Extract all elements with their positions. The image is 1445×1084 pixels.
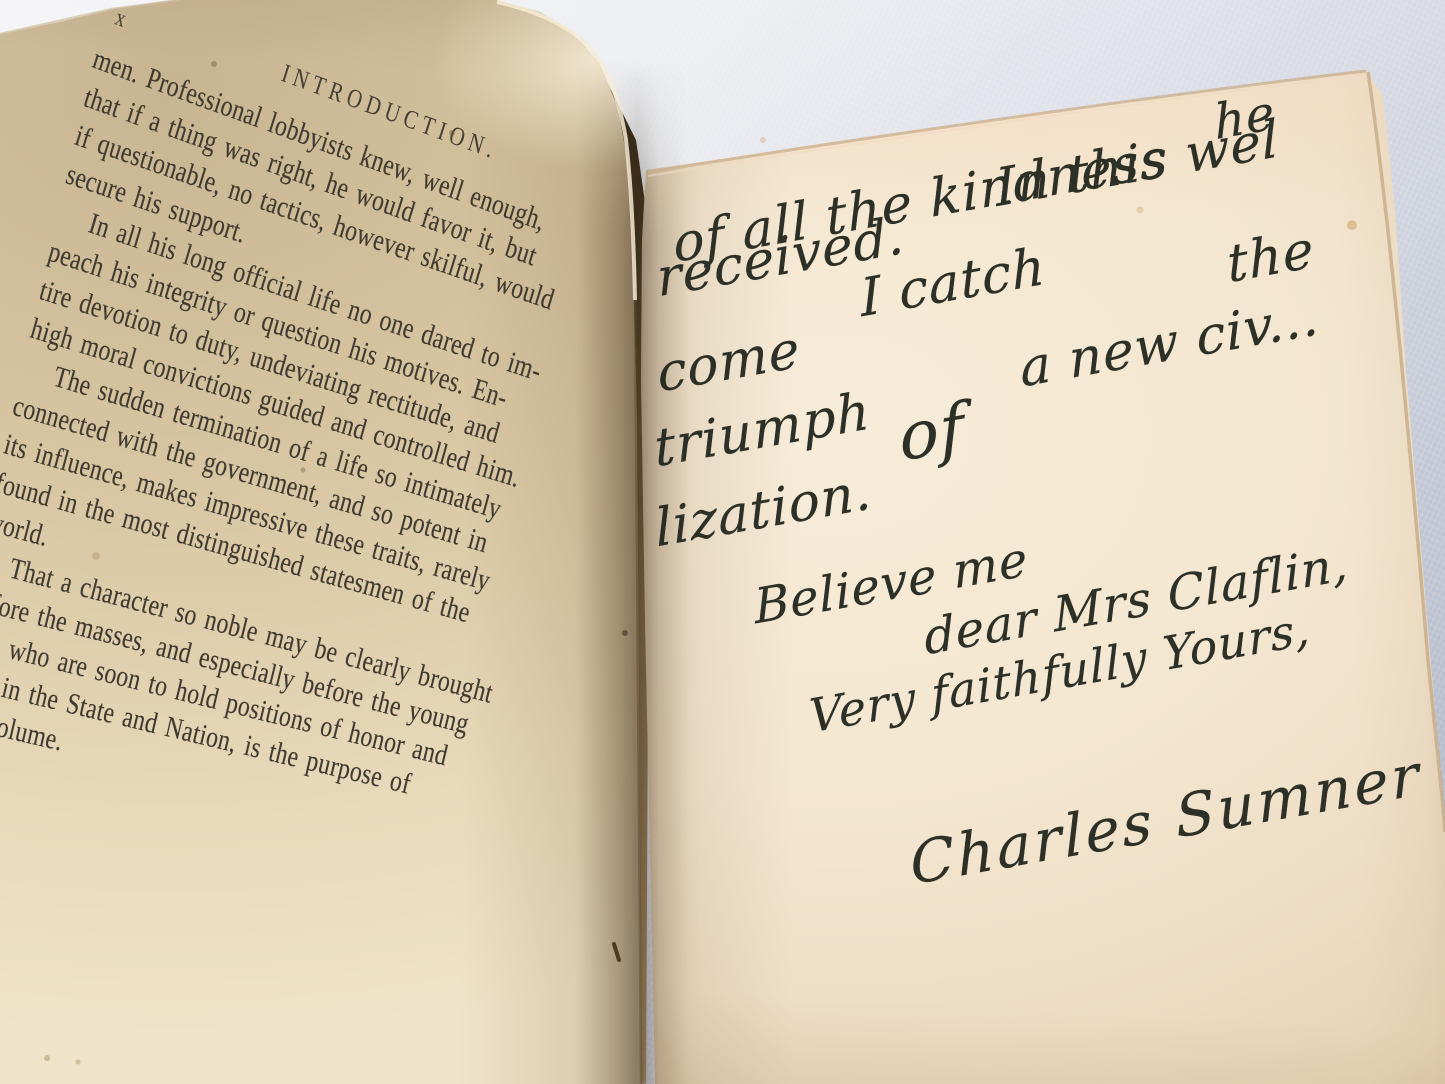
handwriting-fragment: a new civ... bbox=[1018, 287, 1321, 400]
handwriting-fragment: In this wel bbox=[993, 109, 1281, 219]
gutter-shading bbox=[576, 0, 688, 1084]
book-photo: x INTRODUCTION. men. Professional lobbyi… bbox=[0, 0, 1445, 1084]
handwriting-fragment: of bbox=[897, 388, 968, 477]
handwriting-fragment: Charles Sumner bbox=[908, 740, 1424, 898]
handwriting-fragment: the bbox=[1225, 220, 1316, 295]
